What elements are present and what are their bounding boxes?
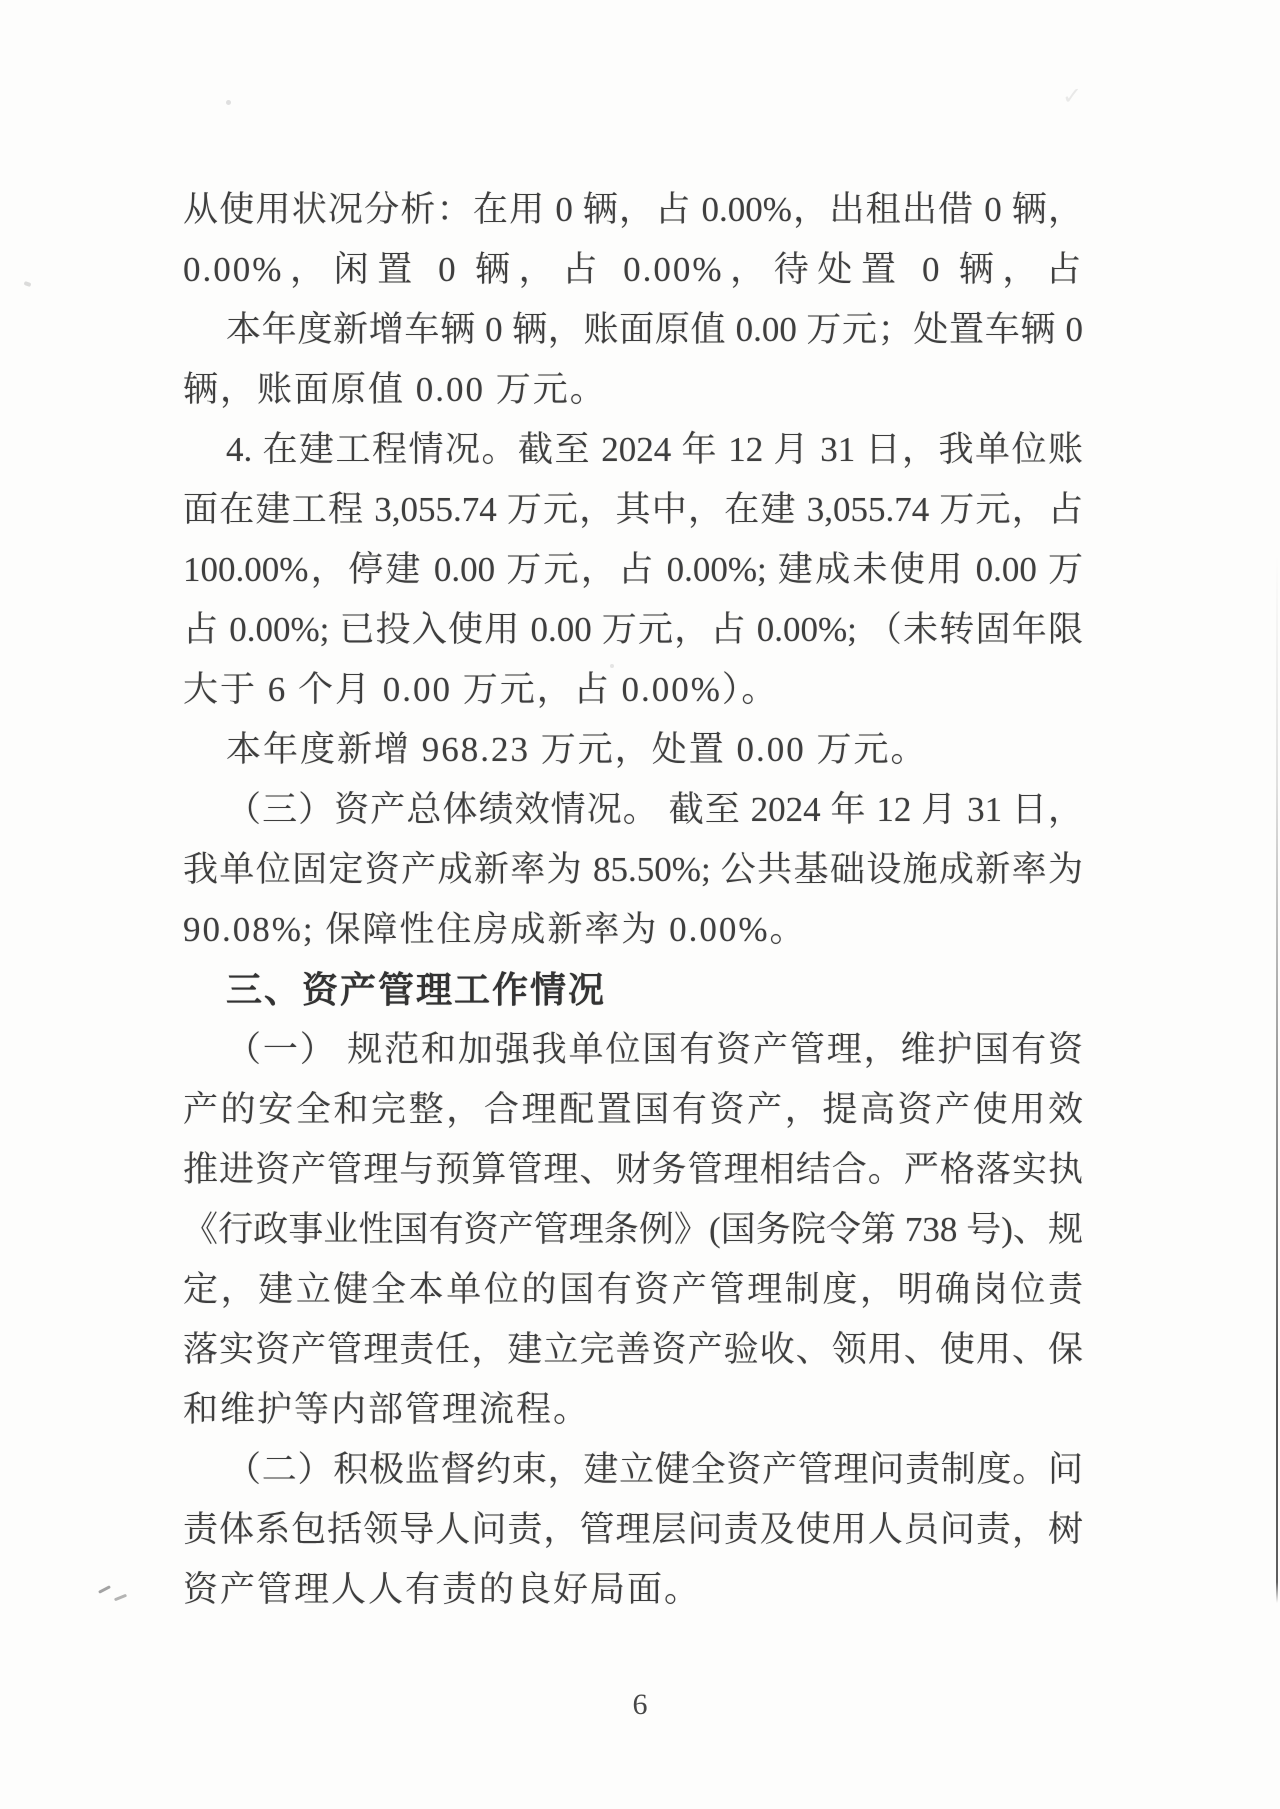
ink-smudge-artifact [114, 1594, 127, 1602]
text-line: 我单位固定资产成新率为 85.50%; 公共基础设施成新率为 [183, 840, 1083, 900]
scan-speck-artifact [610, 664, 614, 668]
text-line: 占 0.00%; 已投入使用 0.00 万元，占 0.00%; （未转固年限 [183, 600, 1083, 660]
scan-line-artifact [1276, 555, 1278, 1603]
ink-smudge-artifact [98, 1585, 111, 1594]
text-line: 产的安全和完整，合理配置国有资产，提高资产使用效益， [183, 1080, 1083, 1140]
page-number: 6 [0, 1688, 1280, 1722]
text-line: 落实资产管理责任，建立完善资产验收、领用、使用、保管 [183, 1320, 1083, 1380]
text-line: 定，建立健全本单位的国有资产管理制度，明确岗位责任， [183, 1260, 1083, 1320]
text-line: 大于 6 个月 0.00 万元，占 0.00%）。 [183, 660, 1083, 720]
text-line: 资产管理人人有责的良好局面。 [183, 1560, 1083, 1620]
document-body: 从使用状况分析：在用 0 辆，占 0.00%，出租出借 0 辆，占0.00%，闲… [183, 180, 1083, 1620]
faint-check-mark-artifact: ✓ [1062, 82, 1082, 111]
text-line: 面在建工程 3,055.74 万元，其中，在建 3,055.74 万元，占 [183, 480, 1083, 540]
scan-speck-artifact [226, 100, 231, 105]
text-line: （一） 规范和加强我单位国有资产管理，维护国有资 [183, 1020, 1083, 1080]
text-line: 0.00%，闲置 0 辆，占 0.00%，待处置 0 辆，占 0.00%。 [183, 240, 1083, 300]
text-line: （二）积极监督约束，建立健全资产管理问责制度。问 [183, 1440, 1083, 1500]
scan-speck-artifact [24, 281, 32, 287]
text-line: 本年度新增车辆 0 辆，账面原值 0.00 万元；处置车辆 0 [183, 300, 1083, 360]
scanned-document-page: 从使用状况分析：在用 0 辆，占 0.00%，出租出借 0 辆，占0.00%，闲… [0, 0, 1280, 1809]
text-line: 《行政事业性国有资产管理条例》(国务院令第 738 号)、规 [183, 1200, 1083, 1260]
section-heading-line: 三、资产管理工作情况 [183, 960, 1083, 1020]
text-line: 4. 在建工程情况。截至 2024 年 12 月 31 日，我单位账 [183, 420, 1083, 480]
text-line: 100.00%，停建 0.00 万元，占 0.00%; 建成未使用 0.00 万… [183, 540, 1083, 600]
text-line: 从使用状况分析：在用 0 辆，占 0.00%，出租出借 0 辆，占 [183, 180, 1083, 240]
text-line: 辆，账面原值 0.00 万元。 [183, 360, 1083, 420]
text-line: 责体系包括领导人问责，管理层问责及使用人员问责，树立 [183, 1500, 1083, 1560]
text-line: （三）资产总体绩效情况。 截至 2024 年 12 月 31 日， [183, 780, 1083, 840]
text-line: 90.08%; 保障性住房成新率为 0.00%。 [183, 900, 1083, 960]
text-line: 和维护等内部管理流程。 [183, 1380, 1083, 1440]
text-line: 本年度新增 968.23 万元，处置 0.00 万元。 [183, 720, 1083, 780]
text-line: 推进资产管理与预算管理、财务管理相结合。严格落实执行 [183, 1140, 1083, 1200]
